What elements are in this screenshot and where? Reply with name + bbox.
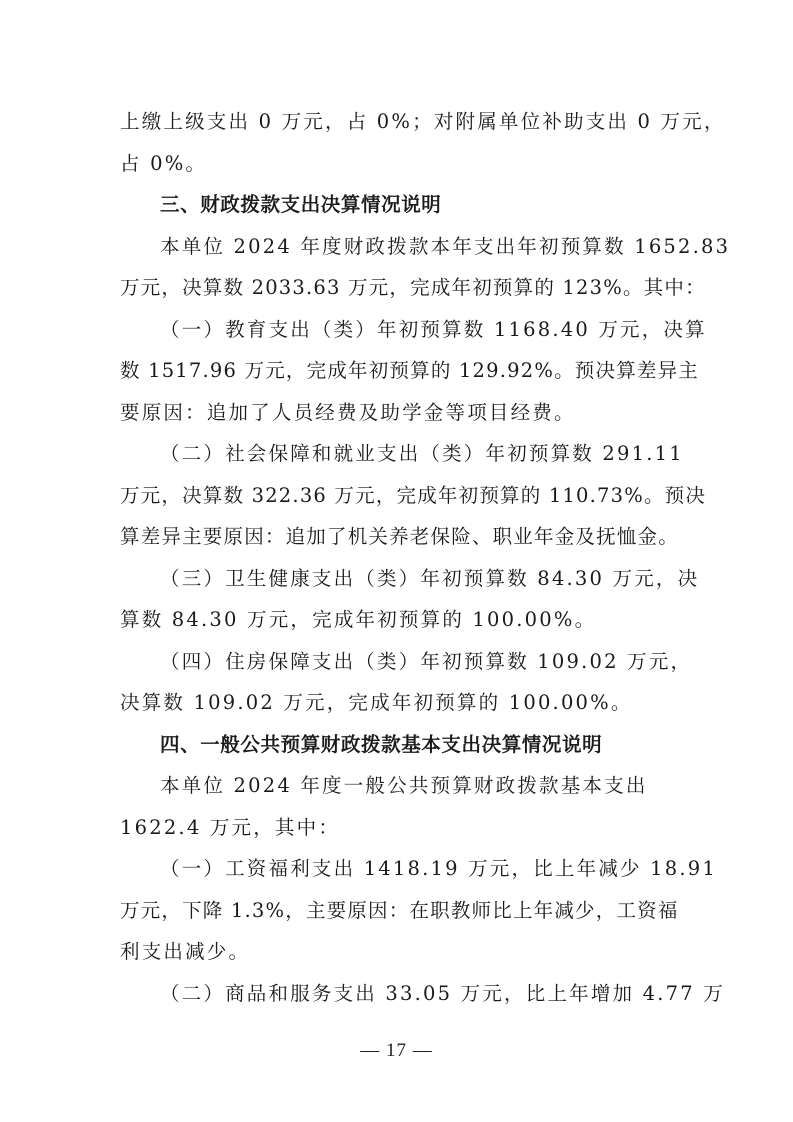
page-number: — 17 — [0,1040,793,1062]
body-text-line: （四）住房保障支出（类）年初预算数 109.02 万元， [120,641,672,683]
body-text-line: 本单位 2024 年度一般公共预算财政拨款基本支出 [120,765,672,807]
body-text-line: （二）社会保障和就业支出（类）年初预算数 291.11 [120,433,672,475]
body-text-line: （一）教育支出（类）年初预算数 1168.40 万元，决算 [120,309,672,351]
body-text-line: 1622.4 万元，其中： [120,807,672,849]
body-text-line: 万元，下降 1.3%，主要原因：在职教师比上年减少，工资福 [120,890,672,932]
section-heading-3: 三、财政拨款支出决算情况说明 [120,184,672,226]
document-page: 上缴上级支出 0 万元，占 0%；对附属单位补助支出 0 万元， 占 0%。 三… [120,101,672,1014]
body-text-line: （一）工资福利支出 1418.19 万元，比上年减少 18.91 [120,848,672,890]
body-text-line: 占 0%。 [120,143,672,185]
body-text-line: 数 1517.96 万元，完成年初预算的 129.92%。预决算差异主 [120,350,672,392]
body-text-line: 万元，决算数 2033.63 万元，完成年初预算的 123%。其中： [120,267,672,309]
body-text-line: 决算数 109.02 万元，完成年初预算的 100.00%。 [120,682,672,724]
body-text-line: 上缴上级支出 0 万元，占 0%；对附属单位补助支出 0 万元， [120,101,672,143]
body-text-line: 万元，决算数 322.36 万元，完成年初预算的 110.73%。预决 [120,475,672,517]
section-heading-4: 四、一般公共预算财政拨款基本支出决算情况说明 [120,724,672,766]
body-text-line: （三）卫生健康支出（类）年初预算数 84.30 万元，决 [120,558,672,600]
body-text-line: 算数 84.30 万元，完成年初预算的 100.00%。 [120,599,672,641]
body-text-line: 本单位 2024 年度财政拨款本年支出年初预算数 1652.83 [120,226,672,268]
body-text-line: （二）商品和服务支出 33.05 万元，比上年增加 4.77 万 [120,973,672,1015]
body-text-line: 算差异主要原因：追加了机关养老保险、职业年金及抚恤金。 [120,516,672,558]
body-text-line: 要原因：追加了人员经费及助学金等项目经费。 [120,392,672,434]
body-text-line: 利支出减少。 [120,931,672,973]
